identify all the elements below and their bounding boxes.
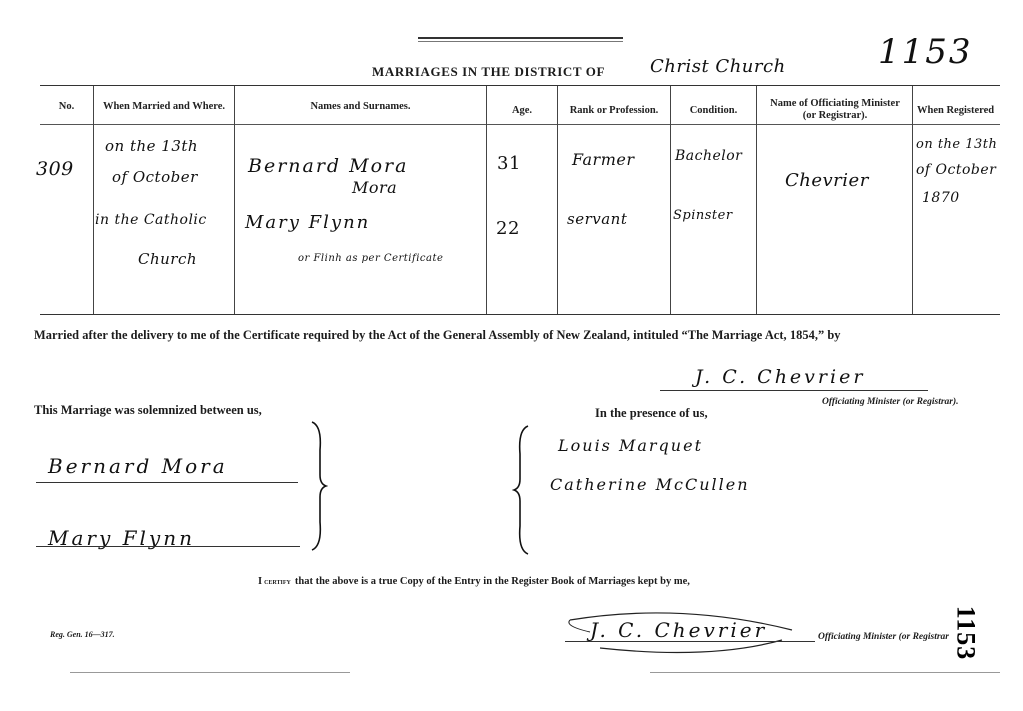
witness-signature-1: Louis Marquet [558,436,703,455]
col-header-registered: When Registered [913,105,1023,117]
title-printed: MARRIAGES IN THE DISTRICT OF [372,64,605,79]
groom-profession: Farmer [572,150,635,169]
certifying-signature: J. C. Chevrier [590,618,767,642]
when-where-line-2: of October [112,168,198,186]
col-header-condition: Condition. [671,105,756,117]
minister-signature-line-upper [660,390,928,391]
bottom-rule-left [70,672,350,673]
top-decorative-rule [418,37,623,39]
certification-prefix: I [258,576,262,587]
minister-caption-upper: Officiating Minister (or Registrar). [822,397,959,407]
when-where-line-4: Church [138,250,197,268]
page-title: MARRIAGES IN THE DISTRICT OF [372,64,605,80]
table-header-border [40,124,1000,125]
col-divider-5 [670,86,671,314]
officiating-minister: Chevrier [785,170,869,191]
col-divider-6 [756,86,757,314]
form-code: Reg. Gen. 16—317. [50,630,115,639]
groom-condition: Bachelor [675,148,742,164]
col-header-age: Age. [487,105,557,117]
col-header-rank: Rank or Profession. [558,105,670,117]
witnesses-label: In the presence of us, [595,406,708,421]
table-top-border [40,85,1000,86]
table-bottom-border [40,314,1000,315]
col-header-names: Names and Surnames. [235,101,486,113]
registered-line-2: of October [916,162,996,178]
when-where-line-3: in the Catholic [95,212,207,228]
col-divider-7 [912,86,913,314]
minister-signature-upper: J. C. Chevrier [695,366,865,388]
bride-age: 22 [496,218,520,239]
col-header-minister: Name of Officiating Minister (or Registr… [770,98,900,122]
groom-signature-line [36,482,298,483]
when-where-line-1: on the 13th [105,137,198,155]
witness-signature-2: Catherine McCullen [550,475,750,494]
certification-smallcaps: certify [264,576,291,586]
registered-line-3: 1870 [922,190,960,206]
groom-age: 31 [497,153,521,174]
bride-name-note: or Flinh as per Certificate [298,253,443,264]
col-divider-4 [557,86,558,314]
certification-rest: that the above is a true Copy of the Ent… [295,576,690,587]
folio-number: 1153 [878,32,973,72]
registered-line-1: on the 13th [916,137,997,152]
col-header-no: No. [40,101,93,113]
parties-brace [308,420,328,552]
side-stamp-number: 1153 [950,606,980,661]
bottom-rule-right [650,672,1000,673]
col-divider-2 [234,86,235,314]
act-statement: Married after the delivery to me of the … [34,328,841,343]
col-header-when-where: When Married and Where. [94,101,234,113]
bride-condition: Spinster [673,208,733,223]
col-divider-3 [486,86,487,314]
district-handwritten: Christ Church [650,56,786,77]
certifying-caption: Officiating Minister (or Registrar [818,632,949,642]
certifying-signature-line [565,641,815,642]
col-divider-1 [93,86,94,314]
bride-signature-line [36,546,300,547]
certification-statement: Icertifythat the above is a true Copy of… [258,576,690,587]
bride-name: Mary Flynn [245,212,370,233]
bride-profession: servant [567,210,627,228]
groom-signature: Bernard Mora [48,454,228,478]
top-decorative-rule-thin [418,41,623,42]
groom-name-correction: Mora [352,178,397,197]
witnesses-brace [512,424,532,556]
entry-number: 309 [36,158,74,180]
groom-name: Bernard Mora [248,155,408,177]
parties-label: This Marriage was solemnized between us, [34,403,262,418]
